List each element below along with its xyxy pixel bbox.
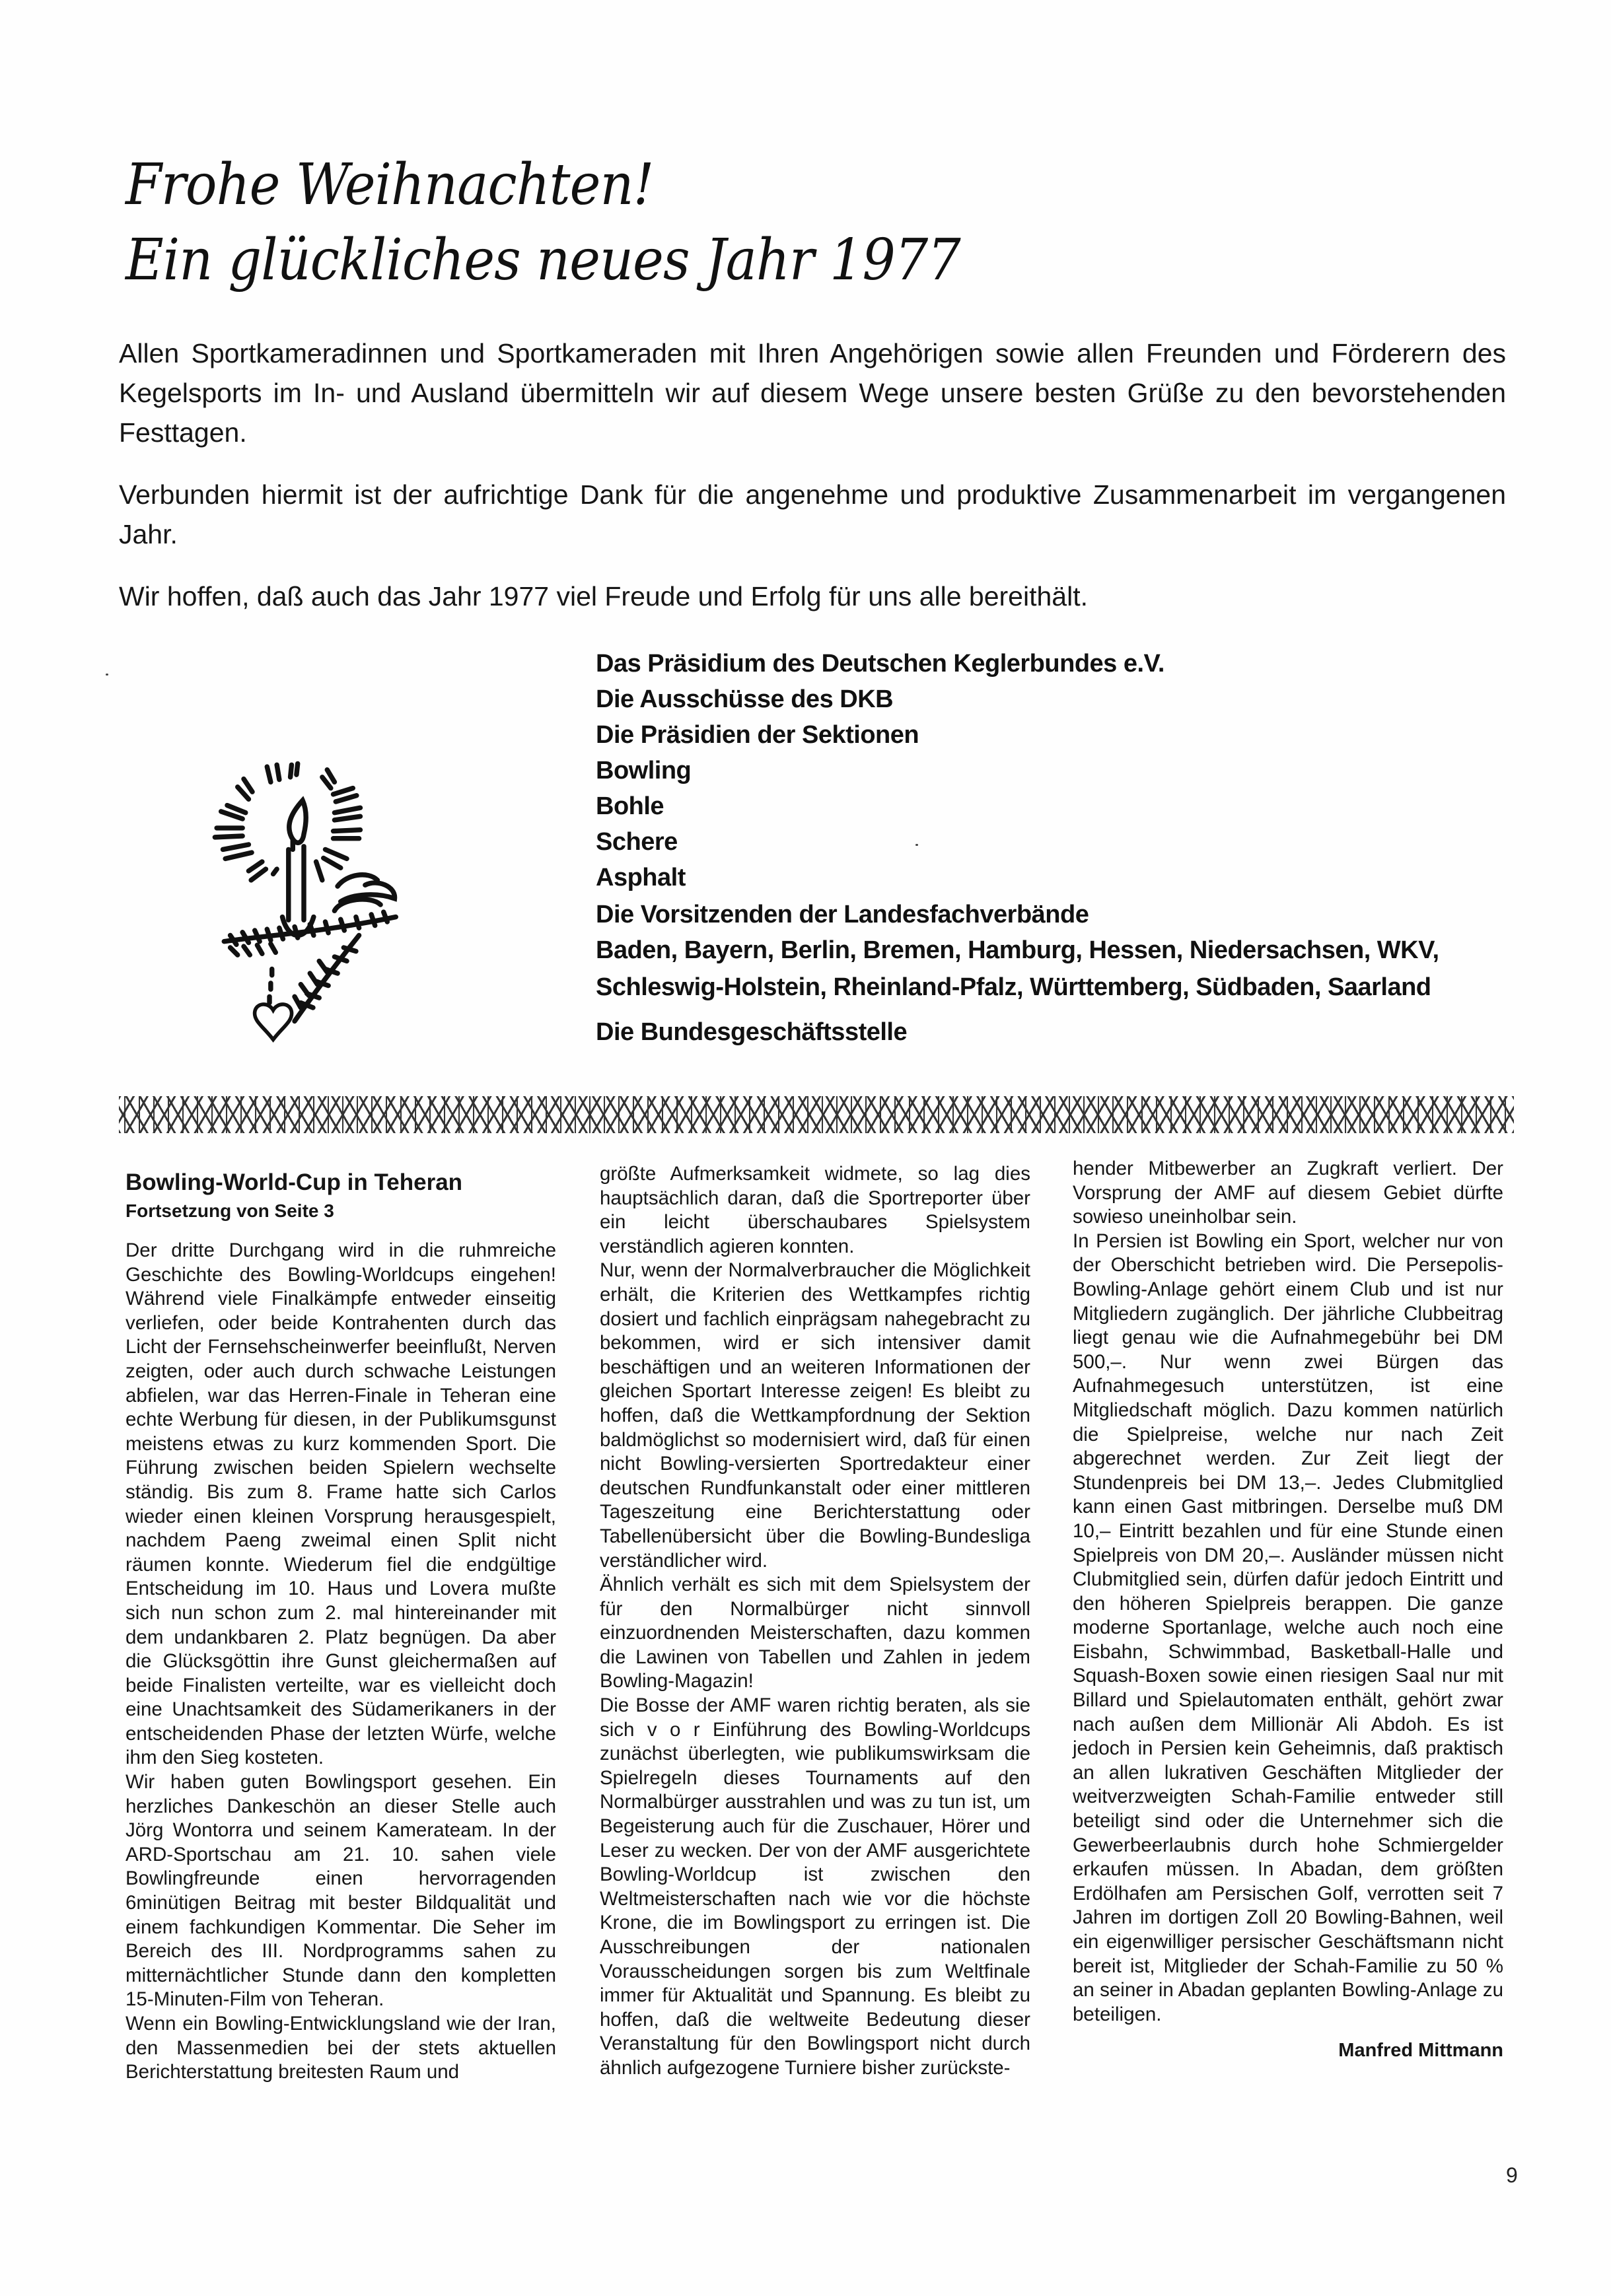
article-paragraph: Nur, wenn der Normalverbraucher die Mögl… — [600, 1259, 1030, 1573]
signatory: Bohle — [596, 788, 1521, 824]
signatory: Die Bundesgeschäftsstelle — [596, 1014, 1521, 1050]
article-paragraph: Wir haben guten Bowlingsport gesehen. Ei… — [125, 1770, 556, 2012]
signatory: Die Ausschüsse des DKB — [596, 681, 1521, 717]
article-column-3: hender Mitbewerber an Zugkraft verliert.… — [1073, 1157, 1503, 2063]
page-number: 9 — [1506, 2163, 1518, 2188]
intro-paragraph: Allen Sportkameradinnen und Sportkamerad… — [119, 333, 1506, 452]
signatory: Schleswig-Holstein, Rheinland-Pfalz, Wür… — [596, 969, 1521, 1006]
magazine-page: Frohe Weihnachten! Ein glückliches neues… — [0, 0, 1611, 2296]
article-paragraph: Die Bosse der AMF waren richtig beraten,… — [600, 1694, 1030, 2081]
intro-text: Allen Sportkameradinnen und Sportkamerad… — [119, 333, 1506, 639]
article-paragraph: größte Aufmerksamkeit widmete, so lag di… — [600, 1162, 1030, 1259]
article-paragraph: Ähnlich verhält es sich mit dem Spielsys… — [600, 1573, 1030, 1694]
greeting-line-2: Ein glückliches neues Jahr 1977 — [125, 221, 976, 300]
signatory: Baden, Bayern, Berlin, Bremen, Hamburg, … — [596, 932, 1521, 969]
signatory: Bowling — [596, 753, 1521, 788]
article-title: Bowling-World-Cup in Teheran — [125, 1167, 556, 1198]
signatory: Das Präsidium des Deutschen Keglerbundes… — [596, 646, 1521, 681]
article-column-2: größte Aufmerksamkeit widmete, so lag di… — [600, 1162, 1030, 2081]
signatory: Schere — [596, 824, 1521, 860]
signatory: Die Präsidien der Sektionen — [596, 717, 1521, 753]
greeting-line-1: Frohe Weihnachten! — [125, 145, 976, 225]
article-paragraph: Der dritte Durchgang wird in die ruhmrei… — [125, 1239, 556, 1770]
article-subtitle: Fortsetzung von Seite 3 — [125, 1198, 556, 1224]
article-column-1: Bowling-World-Cup in Teheran Fortsetzung… — [125, 1167, 556, 2085]
article-author: Manfred Mittmann — [1073, 2038, 1503, 2063]
intro-paragraph: Wir hoffen, daß auch das Jahr 1977 viel … — [119, 576, 1506, 616]
decorative-divider-band — [119, 1096, 1514, 1133]
article-paragraph: In Persien ist Bowling ein Sport, welche… — [1073, 1230, 1503, 2027]
article-paragraph: Wenn ein Bowling-Entwicklungsland wie de… — [125, 2012, 556, 2085]
signatory: Asphalt — [596, 860, 1521, 895]
candle-with-fir-branch-and-heart-icon — [192, 733, 416, 1076]
scan-speck — [915, 844, 918, 846]
signatories-list: Das Präsidium des Deutschen Keglerbundes… — [596, 646, 1521, 1050]
signatory: Die Vorsitzenden der Landesfachverbände — [596, 897, 1521, 932]
intro-paragraph: Verbunden hiermit ist der aufrichtige Da… — [119, 475, 1506, 554]
article-paragraph: hender Mitbewerber an Zugkraft verliert.… — [1073, 1157, 1503, 1230]
scan-speck — [106, 674, 108, 676]
holiday-greeting: Frohe Weihnachten! Ein glückliches neues… — [125, 145, 1050, 300]
